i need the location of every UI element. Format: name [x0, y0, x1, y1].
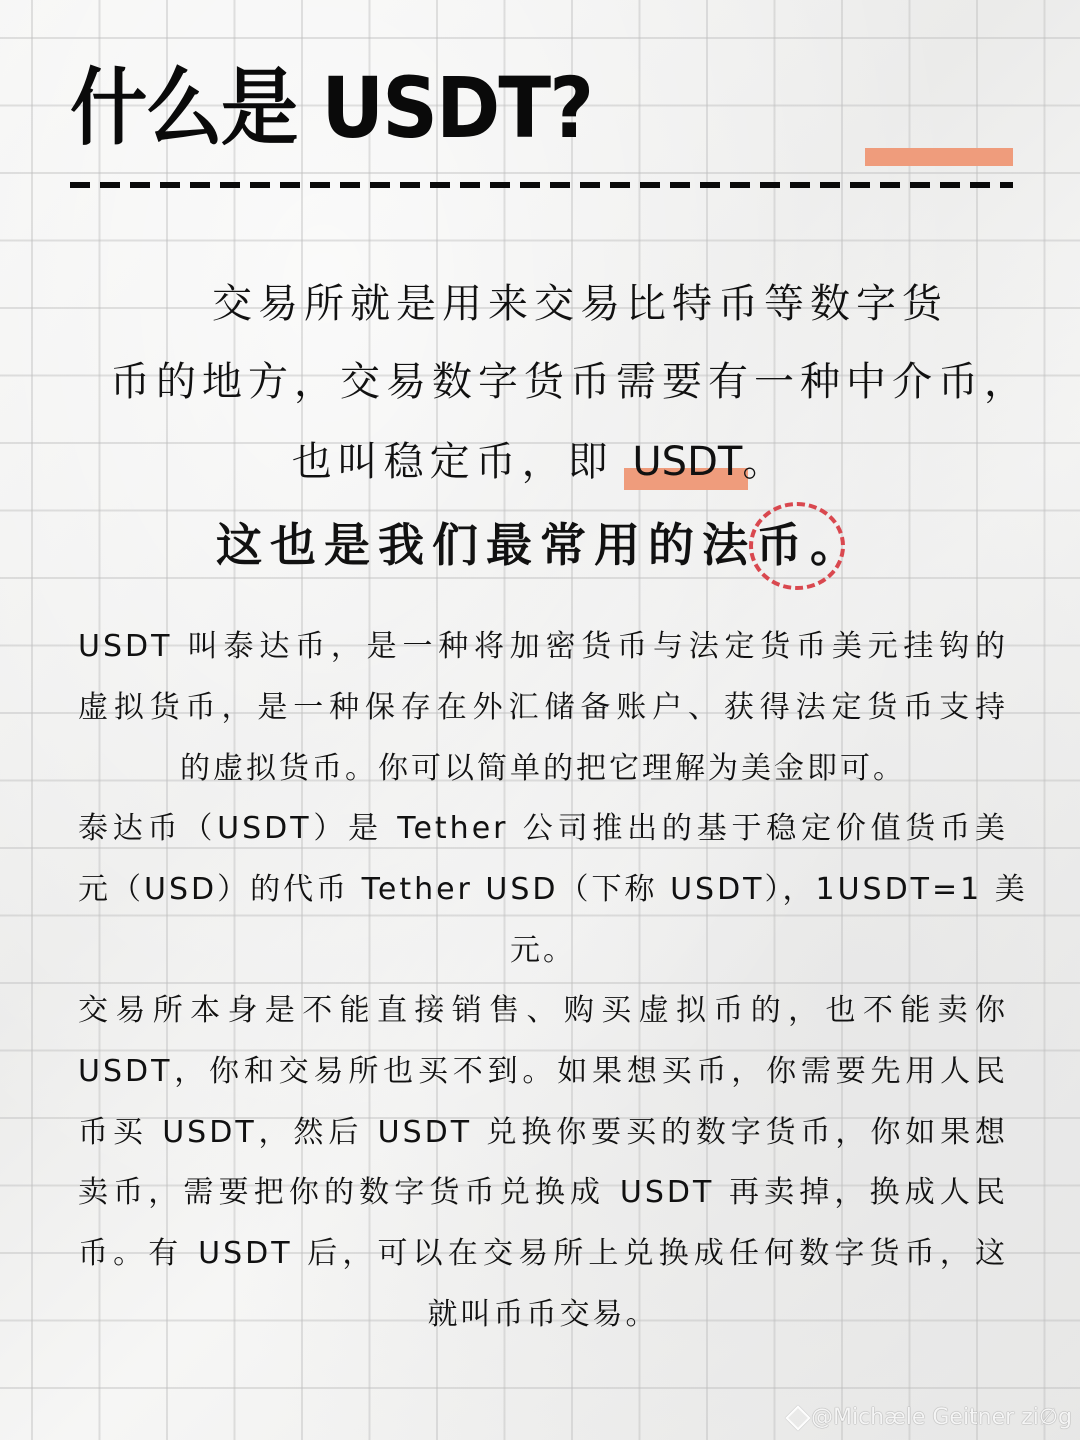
- paragraph-line: 元（USD）的代币 Tether USD（下称 USDT），1USDT=1 美: [78, 860, 1008, 921]
- paragraph-line: 就叫币币交易。: [78, 1285, 1008, 1346]
- paragraph-line: 泰达币（USDT）是 Tether 公司推出的基于稳定价值货币美: [78, 799, 1008, 860]
- paragraph-line: 币。有 USDT 后，可以在交易所上兑换成任何数字货币，这: [78, 1224, 1008, 1285]
- watermark: @Michæle Geitner zi∅g: [789, 1405, 1072, 1430]
- paragraph-line: 交易所本身是不能直接销售、购买虚拟币的，也不能卖你: [78, 981, 1008, 1042]
- intro-line-3: 也叫稳定币，即 USDT。: [0, 442, 1080, 482]
- paragraph-usdt-definition: USDT 叫泰达币，是一种将加密货币与法定货币美元挂钩的 虚拟货币，是一种保存在…: [78, 617, 1008, 799]
- watermark-text: @Michæle Geitner zi∅g: [811, 1405, 1072, 1430]
- intro-line-3-prefix: 也叫稳定币，即: [292, 439, 633, 485]
- paragraph-exchange-trading: 交易所本身是不能直接销售、购买虚拟币的，也不能卖你 USDT，你和交易所也买不到…: [78, 981, 1008, 1346]
- paragraph-line: 的虚拟货币。你可以简单的把它理解为美金即可。: [78, 739, 1008, 800]
- dashed-circle-annotation: [749, 502, 845, 590]
- usdt-highlight: USDT: [632, 442, 742, 482]
- emphasis-line: 这也是我们最常用的法币。: [0, 522, 1080, 568]
- dashed-divider: [70, 182, 1013, 188]
- intro-line-1: 交易所就是用来交易比特币等数字货: [40, 284, 1080, 324]
- usdt-highlight-text: USDT: [632, 439, 742, 485]
- accent-bar: [865, 148, 1013, 166]
- paragraph-line: 卖币，需要把你的数字货币兑换成 USDT 再卖掉，换成人民: [78, 1163, 1008, 1224]
- paragraph-tether: 泰达币（USDT）是 Tether 公司推出的基于稳定价值货币美 元（USD）的…: [78, 799, 1008, 981]
- paragraph-line: 元。: [78, 921, 1008, 982]
- paragraph-line: USDT 叫泰达币，是一种将加密货币与法定货币美元挂钩的: [78, 617, 1008, 678]
- intro-line-2: 币的地方，交易数字货币需要有一种中介币，: [0, 362, 1080, 402]
- paragraph-line: 币买 USDT，然后 USDT 兑换你要买的数字货币，你如果想: [78, 1103, 1008, 1164]
- page-title: 什么是 USDT?: [70, 66, 592, 150]
- paragraph-line: USDT，你和交易所也买不到。如果想买币，你需要先用人民: [78, 1042, 1008, 1103]
- binance-diamond-icon: [785, 1405, 810, 1430]
- intro-line-3-suffix: 。: [742, 439, 788, 485]
- paragraph-line: 虚拟货币，是一种保存在外汇储备账户、获得法定货币支持: [78, 678, 1008, 739]
- emphasis-prefix: 这也是我们最常用的: [216, 518, 702, 572]
